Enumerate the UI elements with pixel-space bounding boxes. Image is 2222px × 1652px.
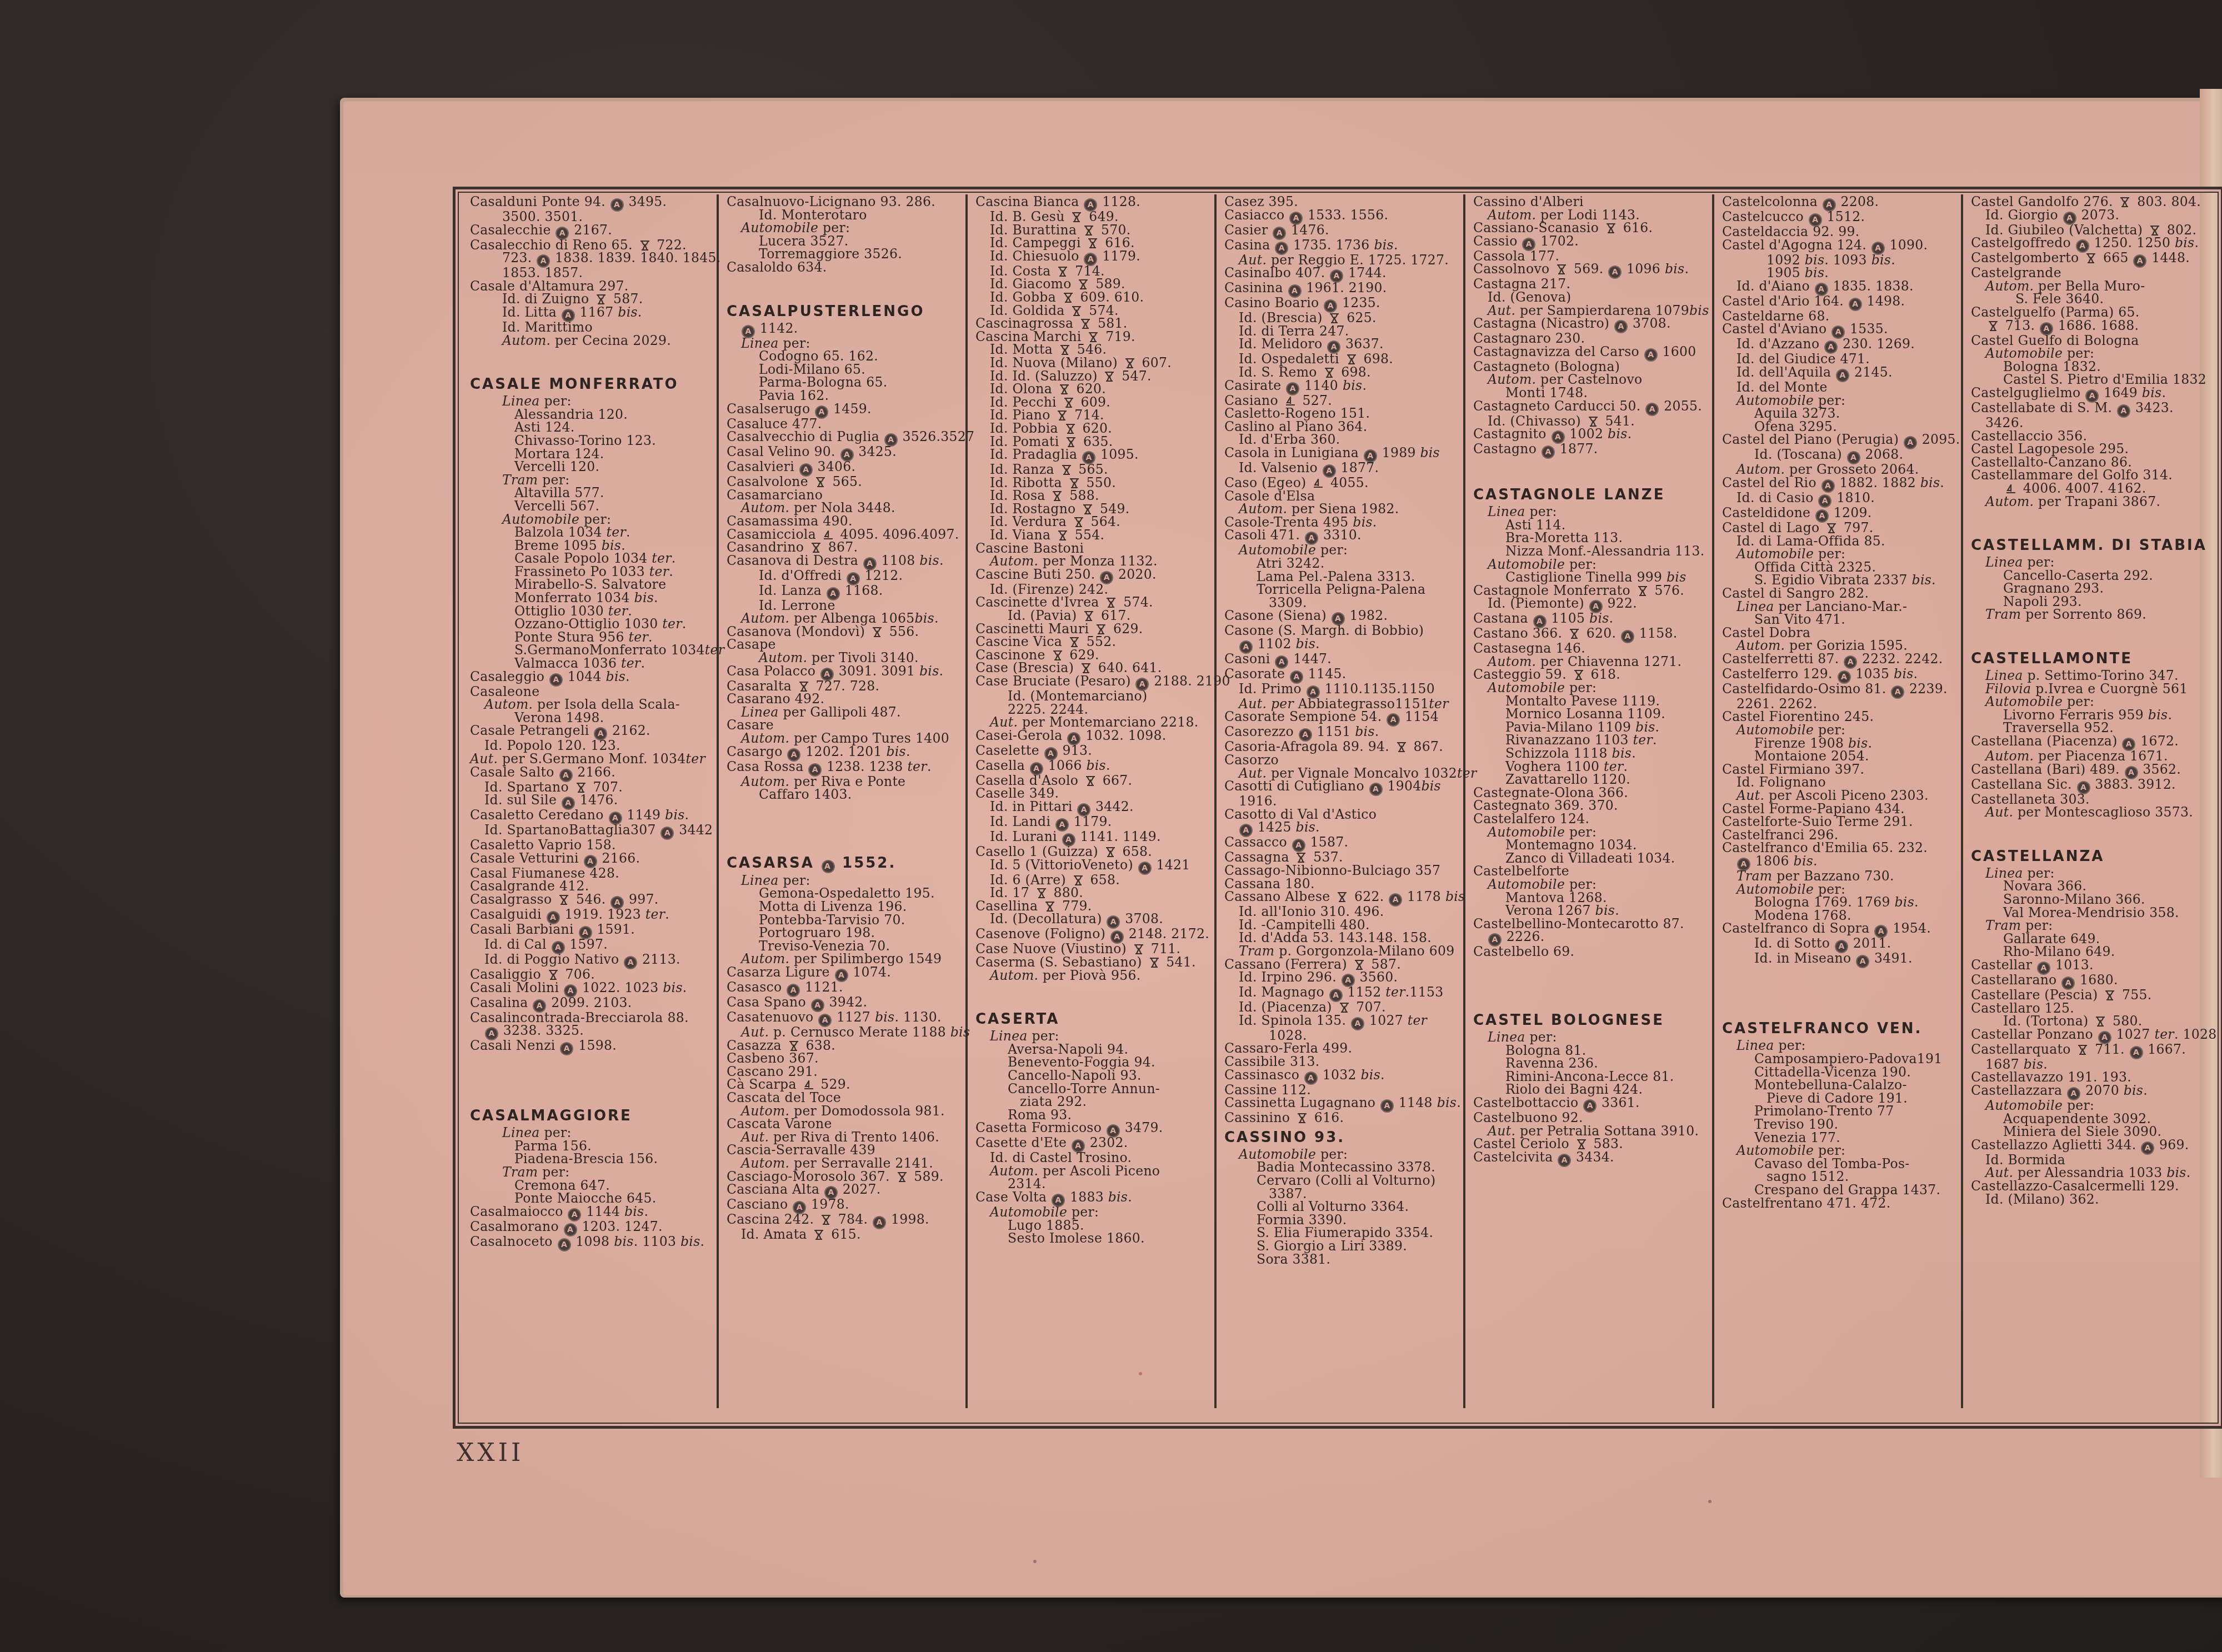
tram-icon xyxy=(896,1171,908,1183)
index-entry: Id. Irpino 296. A 3560. xyxy=(1224,971,1455,986)
spacer xyxy=(1722,992,1953,1016)
index-entry: Castelbello 69. xyxy=(1473,945,1704,959)
autobus-icon: A xyxy=(1370,784,1382,795)
index-entry: Id. Amata 615. xyxy=(727,1228,958,1241)
index-entry: Casalina A 2099. 2103. xyxy=(470,997,709,1012)
index-entry: A 1102 bis. xyxy=(1224,638,1455,653)
index-entry: Casale Petrangeli A 2162. xyxy=(470,724,709,739)
spacer xyxy=(727,802,958,826)
tram-icon xyxy=(810,542,822,554)
index-entry: Id. Primo A 1110.1135.1150 xyxy=(1224,683,1455,698)
index-entry: Casaleggio A 1044 bis. xyxy=(470,670,709,685)
index-entry: Id. sul Sile A 1476. xyxy=(470,794,709,809)
italic-term: ter xyxy=(2154,1027,2174,1042)
index-entry: Cassano Albese 622. A 1178 bis xyxy=(1224,890,1455,905)
index-entry: Case Bruciate (Pesaro) A 2188. 2190 xyxy=(975,675,1207,690)
italic-term: bis xyxy=(1608,426,1628,442)
tram-icon xyxy=(1035,887,1048,899)
ship-icon xyxy=(1312,477,1324,489)
index-entry: Id. d'Azzano A 230. 1269. xyxy=(1722,338,1953,353)
index-entry: Id. Litta A 1167 bis. xyxy=(470,306,709,321)
index-entry: Cancello-Torre Annun- xyxy=(975,1083,1207,1096)
autobus-icon: A xyxy=(1905,437,1916,448)
index-entry: 713. A 1686. 1688. xyxy=(1971,319,2204,334)
index-entry: Casorezzo A 1151 bis. xyxy=(1224,725,1455,740)
autobus-icon: A xyxy=(1352,1018,1363,1029)
index-entry: 3426. xyxy=(1971,417,2204,430)
index-entry: Castellarano A 1680. xyxy=(1971,974,2204,989)
tram-icon xyxy=(1087,237,1099,249)
index-entry: Casamassima 490. xyxy=(727,515,958,528)
index-columns: Casalduni Ponte 94. A 3495.3500. 3501.Ca… xyxy=(462,194,2212,1408)
tram-icon xyxy=(1083,610,1095,622)
index-entry: Cervaro (Colli al Volturno) xyxy=(1224,1174,1455,1188)
autobus-icon: A xyxy=(1647,404,1658,415)
index-entry: Castelcivita A 3434. xyxy=(1473,1151,1704,1166)
italic-term: Autom. xyxy=(502,333,551,348)
italic-term: bis xyxy=(1437,1095,1457,1110)
index-entry: Castelbottaccio A 3361. xyxy=(1473,1097,1704,1112)
italic-term: bis xyxy=(1374,237,1394,253)
tram-icon xyxy=(1637,585,1649,597)
index-entry: Castel di Lago 797. xyxy=(1722,522,1953,535)
spacer xyxy=(1473,959,1704,983)
index-entry: Id. d'Offredi A 1212. xyxy=(727,569,958,584)
index-entry: Castel d'Agogna 124. A 1090. xyxy=(1722,239,1953,254)
autobus-icon: A xyxy=(1287,383,1298,394)
italic-term: bis xyxy=(1894,894,1914,910)
index-entry: Sora 3381. xyxy=(1224,1253,1455,1266)
index-entry: Casette d'Ete A 2302. xyxy=(975,1137,1207,1152)
index-entry: Castel d'Aviano A 1535. xyxy=(1722,323,1953,338)
index-entry: Casoli 471. A 3310. xyxy=(1224,529,1455,544)
tram-icon xyxy=(2119,196,2131,208)
index-entry: Cassinetta Lugagnano A 1148 bis. xyxy=(1224,1097,1455,1112)
italic-term: bis xyxy=(1589,610,1609,626)
tram-icon xyxy=(2076,1044,2089,1056)
autobus-icon: A xyxy=(1543,447,1554,458)
italic-term: ter xyxy=(645,907,665,922)
index-entry: Id. Magnago A 1152 ter.1153 xyxy=(1224,986,1455,1001)
tram-icon xyxy=(871,626,883,638)
index-entry: A 1806 bis. xyxy=(1722,855,1953,870)
italic-term: ter xyxy=(686,751,706,767)
index-entry: Casale Salto A 2166. xyxy=(470,766,709,781)
autobus-icon: A xyxy=(559,1239,570,1250)
index-entry: Casetta Formicoso A 3479. xyxy=(975,1122,1207,1137)
italic-term: bis xyxy=(1420,445,1440,460)
italic-term: bis xyxy=(614,1234,634,1249)
index-entry: Id. di Poggio Nativo A 2113. xyxy=(470,953,709,968)
index-entry: Case Volta A 1883 bis. xyxy=(975,1191,1207,1206)
autobus-icon: A xyxy=(1274,228,1285,239)
index-entry: Castelferretti 87. A 2232. 2242. xyxy=(1722,653,1953,668)
index-entry: Castelguglielmo A 1649 bis. xyxy=(1971,387,2204,402)
index-entry: Id. (Piemonte) A 922. xyxy=(1473,597,1704,612)
index-entry: Id. dell'Aquila A 2145. xyxy=(1722,366,1953,381)
spacer xyxy=(1473,458,1704,482)
index-entry: Id. Spinola 135. A 1027 ter xyxy=(1224,1014,1455,1029)
spacer xyxy=(1971,508,2204,533)
italic-term: bis xyxy=(634,590,654,605)
italic-term: bis xyxy=(1343,378,1363,393)
index-entry: Casteldidone A 1209. xyxy=(1722,507,1953,522)
index-entry: Casa Polacco A 3091. 3091 bis. xyxy=(727,665,958,680)
index-entry: Castagneto Carducci 50. A 2055. xyxy=(1473,400,1704,415)
index-entry: Casella A 1066 bis. xyxy=(975,759,1207,774)
tram-icon xyxy=(547,969,559,981)
index-entry: Cascina Bianca A 1128. xyxy=(975,196,1207,211)
index-entry: Castelfidardo-Osimo 81. A 2239. xyxy=(1722,683,1953,698)
index-entry: Casarza Ligure A 1074. xyxy=(727,966,958,981)
spacer xyxy=(1971,819,2204,844)
italic-term: bis xyxy=(2142,385,2162,401)
index-entry: Cassinino 616. xyxy=(1224,1112,1455,1125)
autobus-icon: A xyxy=(662,828,673,839)
index-entry: Id. Giorgio A 2073. xyxy=(1971,209,2204,224)
tram-icon xyxy=(1057,529,1069,542)
index-entry: Crespano del Grappa 1437. xyxy=(1722,1184,1953,1197)
italic-term: bis xyxy=(606,669,626,684)
index-entry: Id. Pobbia 620. xyxy=(975,422,1207,435)
index-entry: Castellazzo-Casalcermelli 129. xyxy=(1971,1180,2204,1193)
index-entry: Casalmorano A 1203. 1247. xyxy=(470,1220,709,1235)
index-entry: Castelgomberto 665 A 1448. xyxy=(1971,252,2204,267)
italic-term: ter xyxy=(1408,1013,1428,1028)
tram-icon xyxy=(1605,222,1617,234)
section-heading: CASALPUSTERLENGO xyxy=(727,303,958,320)
index-entry: Castagna (Nicastro) A 3708. xyxy=(1473,317,1704,332)
index-entry: Casone (Siena) A 1982. xyxy=(1224,609,1455,624)
index-entry: Atri 3242. xyxy=(1224,557,1455,570)
italic-term: bis xyxy=(1871,252,1891,268)
index-entry: Casalecchie A 2167. xyxy=(470,224,709,239)
index-entry: Id. (Toscana) A 2068. xyxy=(1722,448,1953,463)
index-entry: Id. di Cal A 1597. xyxy=(470,938,709,953)
index-entry: Id. 5 (VittorioVeneto) A 1421 xyxy=(975,859,1207,874)
section-heading: CASSINO 93. xyxy=(1224,1129,1455,1146)
italic-term: bis xyxy=(1689,303,1709,318)
index-entry: Castelcolonna A 2208. xyxy=(1722,196,1953,211)
index-entry: Casalduni Ponte 94. A 3495. xyxy=(470,196,709,211)
index-entry: Casatenuovo A 1127 bis. 1130. xyxy=(727,1011,958,1026)
index-entry: Castano 366. 620. A 1158. xyxy=(1473,627,1704,642)
index-entry: Id. Lanza A 1168. xyxy=(727,584,958,599)
italic-term: ter xyxy=(1385,984,1405,1000)
autobus-icon: A xyxy=(1837,370,1848,381)
tram-icon xyxy=(1056,409,1068,422)
index-entry: Casali Molini A 1022. 1023 bis. xyxy=(470,982,709,997)
section-heading: CASALMAGGIORE xyxy=(470,1108,709,1124)
index-entry: Casciana Alta A 2027. xyxy=(727,1183,958,1198)
italic-term: bis xyxy=(919,553,939,568)
section-heading: CASERTA xyxy=(975,1011,1207,1028)
italic-term: bis xyxy=(1912,572,1932,588)
index-entry: Casalmaiocco A 1144 bis. xyxy=(470,1205,709,1220)
italic-term: bis xyxy=(1296,636,1316,652)
index-entry: Casal Velino 90. A 3425. xyxy=(727,445,958,460)
tram-icon xyxy=(1062,292,1074,304)
index-entry: Aut. per Montescaglioso 3573. xyxy=(1971,806,2204,819)
index-entry: Casino Boario A 1235. xyxy=(1224,297,1455,312)
index-entry: Castel del Piano (Perugia) A 2095. xyxy=(1722,433,1953,448)
autobus-icon: A xyxy=(2134,256,2145,267)
autobus-icon: A xyxy=(561,1043,572,1054)
index-entry: Casei-Gerola A 1032. 1098. xyxy=(975,729,1207,744)
italic-term: bis xyxy=(1445,889,1465,904)
index-entry: Casargo A 1202. 1201 bis. xyxy=(727,745,958,760)
index-column-4: Casez 395.Casiacco A 1533. 1556.Casier A… xyxy=(1217,194,1465,1408)
index-entry: A 2226. xyxy=(1473,930,1704,945)
spacer xyxy=(975,982,1207,1007)
tram-icon xyxy=(1987,320,1999,332)
tram-icon xyxy=(813,1229,825,1241)
tram-icon xyxy=(1148,957,1160,969)
italic-term: bis xyxy=(624,1204,644,1219)
autobus-icon: A xyxy=(1325,301,1336,312)
italic-term: bis xyxy=(950,1024,970,1040)
tram-icon xyxy=(1323,367,1335,379)
index-entry: Cassolnovo 569. A 1096 bis. xyxy=(1473,263,1704,278)
index-entry: A 3238. 3325. xyxy=(470,1024,709,1039)
index-entry: Id. Lurani A 1141. 1149. xyxy=(975,830,1207,845)
tram-icon xyxy=(2085,252,2097,264)
section-heading: CASTELLAMM. DI STABIA xyxy=(1971,537,2204,554)
index-entry: Casasco A 1121. xyxy=(727,981,958,996)
tram-icon xyxy=(1104,846,1117,858)
autobus-icon: A xyxy=(823,861,834,872)
index-entry: Automobile per: xyxy=(1971,1099,2204,1113)
section-heading: CASTELLAMONTE xyxy=(1971,650,2204,667)
italic-term: bis xyxy=(1108,1189,1128,1205)
tram-icon xyxy=(1060,464,1073,476)
index-entry: Casalgrasso 546. A 997. xyxy=(470,893,709,908)
index-entry: Monti 1748. xyxy=(1473,387,1704,400)
italic-term: ter xyxy=(907,759,927,774)
index-entry: Id. Landi A 1179. xyxy=(975,815,1207,830)
index-entry: Id. Chiesuolo A 1179. xyxy=(975,250,1207,265)
index-entry: Castagno A 1877. xyxy=(1473,443,1704,458)
section-heading: CASTEL BOLOGNESE xyxy=(1473,1012,1704,1029)
paper-speck xyxy=(1708,1500,1711,1503)
index-entry: Cassacco A 1587. xyxy=(1224,836,1455,851)
index-entry: Castagnavizza del Carso A 1600 xyxy=(1473,346,1704,361)
index-entry: Casinalbo 407. A 1744. xyxy=(1224,267,1455,282)
index-entry: Castelgoffredo A 1250. 1250 bis. xyxy=(1971,237,2204,252)
index-entry: Id. Valsenio A 1877. xyxy=(1224,462,1455,477)
autobus-icon: A xyxy=(1139,863,1150,874)
index-entry: Linea per: xyxy=(1473,1031,1704,1044)
italic-term: bis xyxy=(1086,758,1106,773)
italic-term: Aut. xyxy=(1985,804,2013,820)
index-entry: Casotti di Cutigliano A 1904bis xyxy=(1224,780,1455,795)
index-entry: Autom. per Serravalle 2141. xyxy=(727,1157,958,1170)
index-entry: Id. (Decollatura) A 3708. xyxy=(975,913,1207,928)
tram-icon xyxy=(1079,318,1092,330)
italic-term: bis xyxy=(919,663,939,679)
autobus-icon: A xyxy=(1892,687,1903,698)
index-entry: Castelfranco di Sopra A 1954. xyxy=(1722,922,1953,937)
tram-icon xyxy=(1070,211,1083,223)
tram-icon xyxy=(1575,1138,1588,1150)
index-column-5: Cassino d'AlberiAutom. per Lodi 1143.Cas… xyxy=(1465,194,1714,1408)
paper-speck xyxy=(1139,1372,1142,1375)
index-entry: Id. di Casio A 1810. xyxy=(1722,492,1953,507)
tram-icon xyxy=(1296,1112,1308,1124)
italic-term: bis xyxy=(2124,1083,2144,1098)
index-entry: Castel d'Ario 164. A 1498. xyxy=(1722,295,1953,310)
index-entry: Id. Nuova (Milano) 607. xyxy=(975,357,1207,370)
autobus-icon: A xyxy=(1615,321,1627,332)
index-entry: Castellabate di S. M. A 3423. xyxy=(1971,402,2204,417)
index-entry: Casalvieri A 3406. xyxy=(727,460,958,475)
index-entry: Casale Vetturini A 2166. xyxy=(470,852,709,867)
section-heading: CASARSA A 1552. xyxy=(727,855,958,872)
index-entry: Treviso 190. xyxy=(1722,1118,1953,1132)
italic-term: bis xyxy=(665,807,685,823)
tram-icon xyxy=(1338,1002,1350,1014)
italic-term: Tram xyxy=(1985,607,2021,622)
index-entry: Id. (Milano) 362. xyxy=(1971,1193,2204,1207)
index-entry: Castelcucco A 1512. xyxy=(1722,211,1953,226)
index-entry: A 1425 bis. xyxy=(1224,821,1455,836)
tram-icon xyxy=(1555,263,1568,276)
index-entry: Castellana Sic. A 3883. 3912. xyxy=(1971,778,2204,793)
autobus-icon: A xyxy=(1390,894,1401,905)
index-entry: Castana A 1105 bis. xyxy=(1473,612,1704,627)
index-entry: Autom. per Piovà 956. xyxy=(975,969,1207,983)
index-entry: Cassinasco A 1032 bis. xyxy=(1224,1069,1455,1084)
index-entry: Alessandria 120. xyxy=(470,408,709,422)
index-entry: Casoni A 1447. xyxy=(1224,653,1455,668)
index-entry: Casa Rossa A 1238. 1238 ter. xyxy=(727,760,958,775)
index-entry: Castellar A 1013. xyxy=(1971,959,2204,974)
index-column-6: Castelcolonna A 2208.Castelcucco A 1512.… xyxy=(1714,194,1963,1408)
index-entry: Casciano A 1978. xyxy=(727,1198,958,1213)
index-entry: Castelfrentano 471. 472. xyxy=(1722,1197,1953,1210)
index-entry: Autom. per Cecina 2029. xyxy=(470,334,709,348)
index-entry: Casali Barbiani A 1591. xyxy=(470,923,709,938)
spacer xyxy=(470,1079,709,1103)
index-entry: Caselette A 913. xyxy=(975,744,1207,759)
index-entry: Caso (Egeo) 4055. xyxy=(1224,477,1455,490)
index-entry: Casanova di Destra A 1108 bis. xyxy=(727,554,958,569)
italic-term: bis xyxy=(618,304,638,320)
index-entry: Id. Pradaglia A 1095. xyxy=(975,448,1207,463)
index-column-3: Cascina Bianca A 1128.Id. B. Gesù 649.Id… xyxy=(968,194,1217,1408)
index-entry: Casalnoceto A 1098 bis. 1103 bis. xyxy=(470,1235,709,1250)
index-entry: Id. in Pittari A 3442. xyxy=(975,800,1207,815)
index-entry: Casalvecchio di Puglia A 3526.3527 xyxy=(727,430,958,445)
autobus-icon: A xyxy=(1388,714,1399,725)
section-heading: CASALE MONFERRATO xyxy=(470,376,709,393)
index-entry: 1092 bis. 1093 bis. xyxy=(1722,254,1953,267)
index-entry: Torricella Peligna-Palena xyxy=(1224,583,1455,597)
index-entry: Casaloldo 634. xyxy=(727,261,958,274)
italic-term: bis xyxy=(1894,666,1914,682)
autobus-icon: A xyxy=(1559,1155,1570,1166)
index-entry: S. Giorgio a Liri 3389. xyxy=(1224,1240,1455,1253)
autobus-icon: A xyxy=(1850,299,1861,310)
index-entry: Castellazzara A 2070 bis. xyxy=(1971,1084,2204,1099)
index-entry: Sesto Imolese 1860. xyxy=(975,1232,1207,1245)
autobus-icon: A xyxy=(1584,1100,1595,1112)
index-entry: Casalserugo A 1459. xyxy=(727,403,958,418)
tram-icon xyxy=(2104,989,2116,1002)
tram-icon xyxy=(1084,775,1097,787)
index-entry: Casinina A 1961. 2190. xyxy=(1224,282,1455,297)
autobus-icon: A xyxy=(1857,956,1868,967)
index-entry: Tram per: xyxy=(470,1166,709,1179)
tram-icon xyxy=(1825,522,1838,534)
autobus-icon: A xyxy=(1609,267,1620,278)
index-entry: Castel del Rio A 1882. 1882 bis. xyxy=(1722,477,1953,492)
index-entry: Castellazzo Aglietti 344. A 969. xyxy=(1971,1139,2204,1154)
index-entry: Casali Nenzi A 1598. xyxy=(470,1039,709,1054)
index-entry: Castellana (Piacenza) A 1672. xyxy=(1971,735,2204,750)
index-entry: Castellar Ponzano A 1027 ter. 1028 xyxy=(1971,1028,2204,1043)
tram-icon xyxy=(1068,636,1080,648)
autobus-icon: A xyxy=(625,957,636,968)
section-heading: CASTAGNOLE LANZE xyxy=(1473,487,1704,503)
spacer xyxy=(1473,983,1704,1008)
section-heading: CASTELLANZA xyxy=(1971,848,2204,865)
index-entry: Casola in Lunigiana A 1989 bis xyxy=(1224,447,1455,462)
italic-term: bis xyxy=(886,744,906,759)
index-entry: Casenove (Foligno) A 2148. 2172. xyxy=(975,928,1207,943)
spacer xyxy=(1722,967,1953,992)
italic-term: bis xyxy=(1665,261,1685,277)
autobus-icon: A xyxy=(612,199,623,211)
spacer xyxy=(470,1054,709,1079)
index-entry: Chivasso-Torino 123. xyxy=(470,434,709,448)
index-entry: Casa Spano A 3942. xyxy=(727,996,958,1011)
autobus-icon: A xyxy=(1382,1100,1393,1112)
index-entry: Casier A 1476. xyxy=(1224,224,1455,239)
index-entry: Castellarquato 711. A 1667. xyxy=(1971,1043,2204,1058)
index-entry: Casalguidi A 1919. 1923 ter. xyxy=(470,908,709,923)
italic-term: bis xyxy=(1360,1067,1380,1083)
italic-term: bis xyxy=(1355,724,1375,739)
index-entry: Casorate Sempione 54. A 1154 xyxy=(1224,710,1455,725)
index-column-7: Castel Gandolfo 276. 803. 804.Id. Giorgi… xyxy=(1963,194,2212,1408)
tram-icon xyxy=(558,894,570,906)
autobus-icon: A xyxy=(2142,1143,2153,1154)
index-entry: Casiacco A 1533. 1556. xyxy=(1224,209,1455,224)
spacer xyxy=(727,826,958,850)
index-entry: Casirate A 1140 bis. xyxy=(1224,379,1455,394)
tram-icon xyxy=(1395,741,1408,753)
tram-icon xyxy=(1064,423,1077,435)
index-entry: Castellana (Bari) 489. A 3562. xyxy=(1971,763,2204,778)
index-entry: Casina A 1735. 1736 bis. xyxy=(1224,239,1455,254)
index-entry: Id. Melidoro A 3637. xyxy=(1224,338,1455,353)
italic-term: Autom. xyxy=(990,968,1038,983)
tram-icon xyxy=(2094,1015,2106,1028)
index-entry: Casorate A 1145. xyxy=(1224,668,1455,683)
index-entry: Cancello-Napoli 93. xyxy=(975,1069,1207,1083)
tram-icon xyxy=(820,1214,832,1226)
tram-icon xyxy=(814,476,827,488)
index-entry: Id. d'Aiano A 1835. 1838. xyxy=(1722,280,1953,295)
spacer xyxy=(470,347,709,372)
italic-term: Autom. xyxy=(1985,494,2034,509)
italic-term: bis xyxy=(2148,707,2168,723)
italic-term: bis xyxy=(1920,475,1940,490)
italic-term: bis xyxy=(875,1009,895,1025)
tram-icon xyxy=(1568,628,1580,640)
autobus-icon: A xyxy=(2131,1047,2142,1058)
